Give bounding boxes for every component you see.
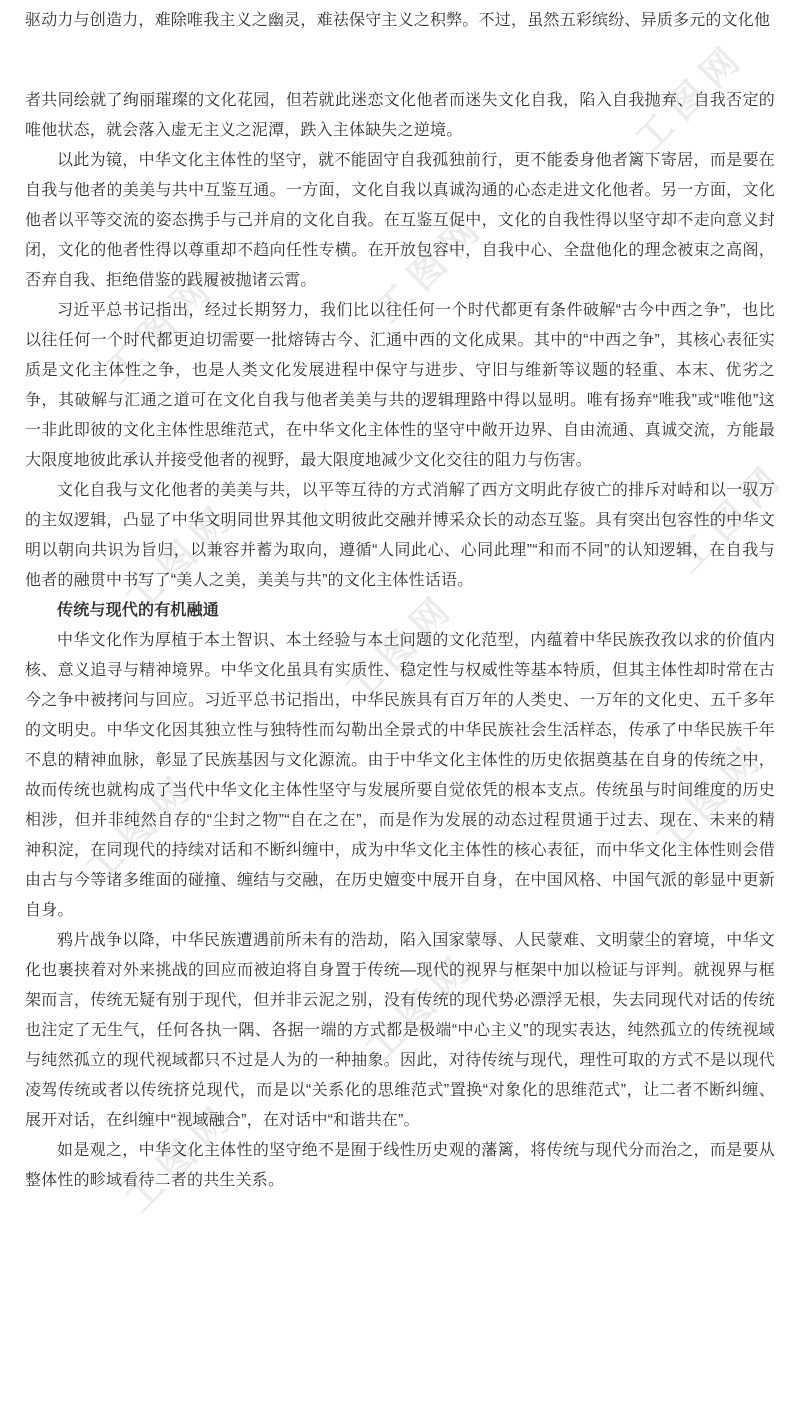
section-heading: 传统与现代的有机融通 (25, 596, 775, 626)
paragraph: 习近平总书记指出，经过长期努力，我们比以往任何一个时代都更有条件破解“古今中西之… (25, 296, 775, 476)
paragraph: 以此为镜，中华文化主体性的坚守，就不能固守自我孤独前行，更不能委身他者篱下寄居，… (25, 146, 775, 296)
paragraph: 如是观之，中华文化主体性的坚守绝不是囿于线性历史观的藩篱，将传统与现代分而治之，… (25, 1136, 775, 1196)
paragraph: 鸦片战争以降，中华民族遭遇前所未有的浩劫，陷入国家蒙辱、人民蒙难、文明蒙尘的窘境… (25, 926, 775, 1136)
paragraph: 文化自我与文化他者的美美与共，以平等互待的方式消解了西方文明此存彼亡的排斥对峙和… (25, 476, 775, 596)
paragraph-continuation: 者共同绘就了绚丽璀璨的文化花园，但若就此迷恋文化他者而迷失文化自我，陷入自我抛弃… (25, 86, 775, 146)
page-break-fragment-line: 驱动力与创造力，难除唯我主义之幽灵，难祛保守主义之积弊。不过，虽然五彩缤纷、异质… (25, 6, 775, 36)
document-body: 驱动力与创造力，难除唯我主义之幽灵，难祛保守主义之积弊。不过，虽然五彩缤纷、异质… (25, 6, 775, 1196)
document-page: 工图网 工图网 工图网 工图网 工图网 工图网 工图网 工图网 工图网 工图网 … (0, 0, 800, 1414)
paragraph: 中华文化作为厚植于本土智识、本土经验与本土问题的文化范型，内蕴着中华民族孜孜以求… (25, 626, 775, 926)
